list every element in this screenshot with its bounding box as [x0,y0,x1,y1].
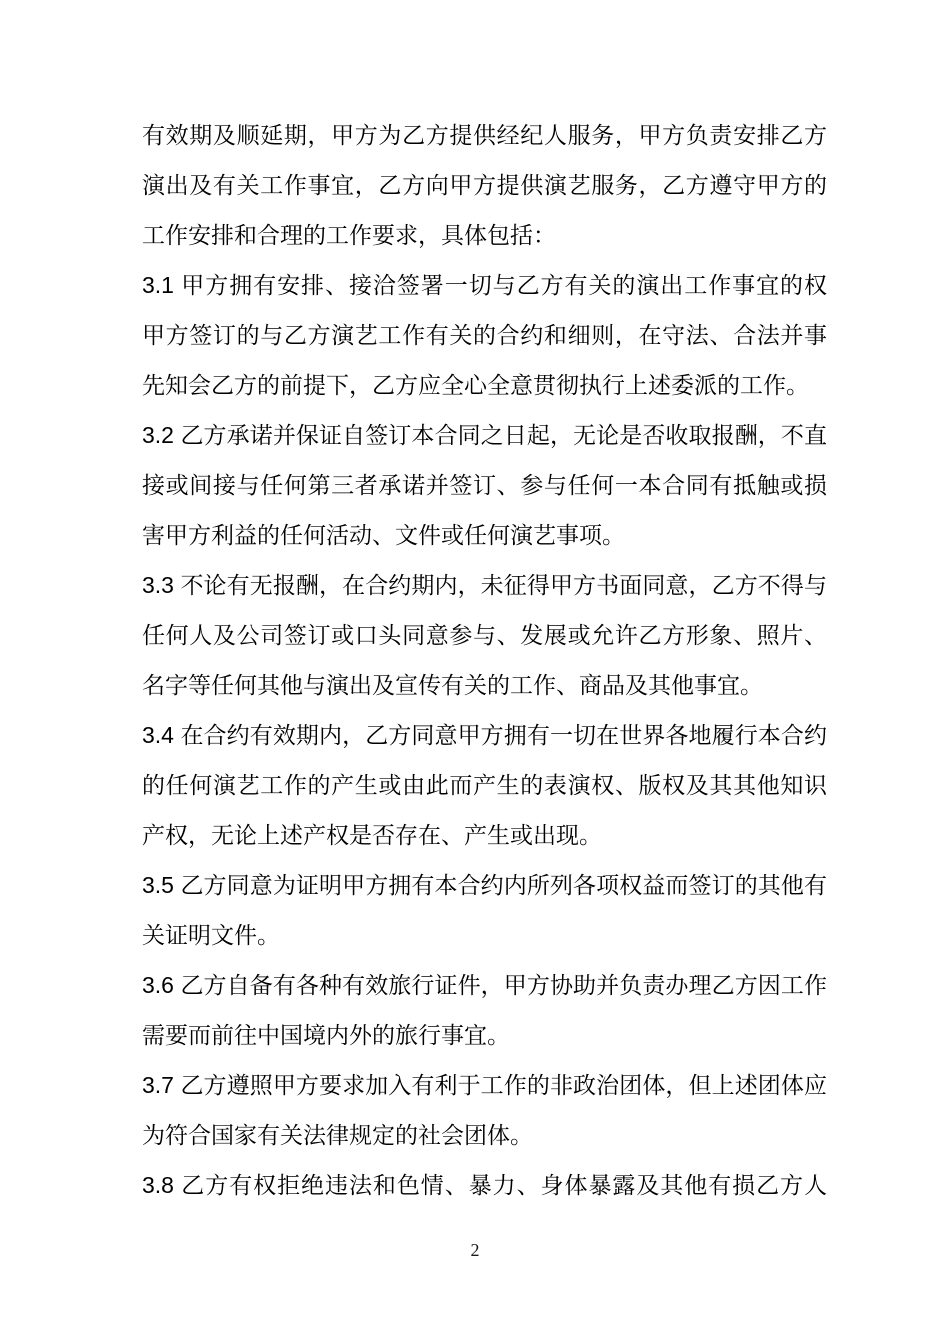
text-line: 3.5 乙方同意为证明甲方拥有本合约内所列各项权益而签订的其他有 [142,860,827,910]
paragraph-clause-3-5: 3.5 乙方同意为证明甲方拥有本合约内所列各项权益而签订的其他有关证明文件。 [142,860,827,960]
page-footer: 2 [0,1240,950,1261]
paragraph-clause-3-7: 3.7 乙方遵照甲方要求加入有利于工作的非政治团体，但上述团体应为符合国家有关法… [142,1060,827,1160]
paragraph-clause-3-2: 3.2 乙方承诺并保证自签订本合同之日起，无论是否收取报酬，不直接或间接与任何第… [142,410,827,560]
paragraph-clause-3-4: 3.4 在合约有效期内，乙方同意甲方拥有一切在世界各地履行本合约的任何演艺工作的… [142,710,827,860]
text-line: 害甲方利益的任何活动、文件或任何演艺事项。 [142,510,827,560]
paragraph-clause-3-3: 3.3 不论有无报酬，在合约期内，未征得甲方书面同意，乙方不得与任何人及公司签订… [142,560,827,710]
text-line: 任何人及公司签订或口头同意参与、发展或允许乙方形象、照片、 [142,610,827,660]
text-line: 3.2 乙方承诺并保证自签订本合同之日起，无论是否收取报酬，不直 [142,410,827,460]
text-line: 3.3 不论有无报酬，在合约期内，未征得甲方书面同意，乙方不得与 [142,560,827,610]
text-line: 3.7 乙方遵照甲方要求加入有利于工作的非政治团体，但上述团体应 [142,1060,827,1110]
document-body: 有效期及顺延期，甲方为乙方提供经纪人服务，甲方负责安排乙方演出及有关工作事宜，乙… [142,110,827,1210]
text-line: 有效期及顺延期，甲方为乙方提供经纪人服务，甲方负责安排乙方 [142,110,827,160]
page-number: 2 [471,1240,480,1261]
text-line: 名字等任何其他与演出及宣传有关的工作、商品及其他事宜。 [142,660,827,710]
text-line: 3.4 在合约有效期内，乙方同意甲方拥有一切在世界各地履行本合约 [142,710,827,760]
text-line: 接或间接与任何第三者承诺并签订、参与任何一本合同有抵触或损 [142,460,827,510]
text-line: 甲方签订的与乙方演艺工作有关的合约和细则，在守法、合法并事 [142,310,827,360]
text-line: 的任何演艺工作的产生或由此而产生的表演权、版权及其其他知识 [142,760,827,810]
text-line: 工作安排和合理的工作要求，具体包括： [142,210,827,260]
text-line: 先知会乙方的前提下，乙方应全心全意贯彻执行上述委派的工作。 [142,360,827,410]
document-page: 有效期及顺延期，甲方为乙方提供经纪人服务，甲方负责安排乙方演出及有关工作事宜，乙… [0,0,950,1344]
text-line: 产权，无论上述产权是否存在、产生或出现。 [142,810,827,860]
text-line: 关证明文件。 [142,910,827,960]
text-line: 为符合国家有关法律规定的社会团体。 [142,1110,827,1160]
text-line: 演出及有关工作事宜，乙方向甲方提供演艺服务，乙方遵守甲方的 [142,160,827,210]
paragraph-clause-3-8: 3.8 乙方有权拒绝违法和色情、暴力、身体暴露及其他有损乙方人格、 [142,1160,827,1210]
paragraph-intro: 有效期及顺延期，甲方为乙方提供经纪人服务，甲方负责安排乙方演出及有关工作事宜，乙… [142,110,827,260]
paragraph-clause-3-1: 3.1 甲方拥有安排、接洽签署一切与乙方有关的演出工作事宜的权利，甲方签订的与乙… [142,260,827,410]
paragraph-clause-3-6: 3.6 乙方自备有各种有效旅行证件，甲方协助并负责办理乙方因工作需要而前往中国境… [142,960,827,1060]
text-line: 3.8 乙方有权拒绝违法和色情、暴力、身体暴露及其他有损乙方人格、 [142,1160,827,1210]
text-line: 需要而前往中国境内外的旅行事宜。 [142,1010,827,1060]
text-line: 3.6 乙方自备有各种有效旅行证件，甲方协助并负责办理乙方因工作 [142,960,827,1010]
text-line: 3.1 甲方拥有安排、接洽签署一切与乙方有关的演出工作事宜的权利， [142,260,827,310]
